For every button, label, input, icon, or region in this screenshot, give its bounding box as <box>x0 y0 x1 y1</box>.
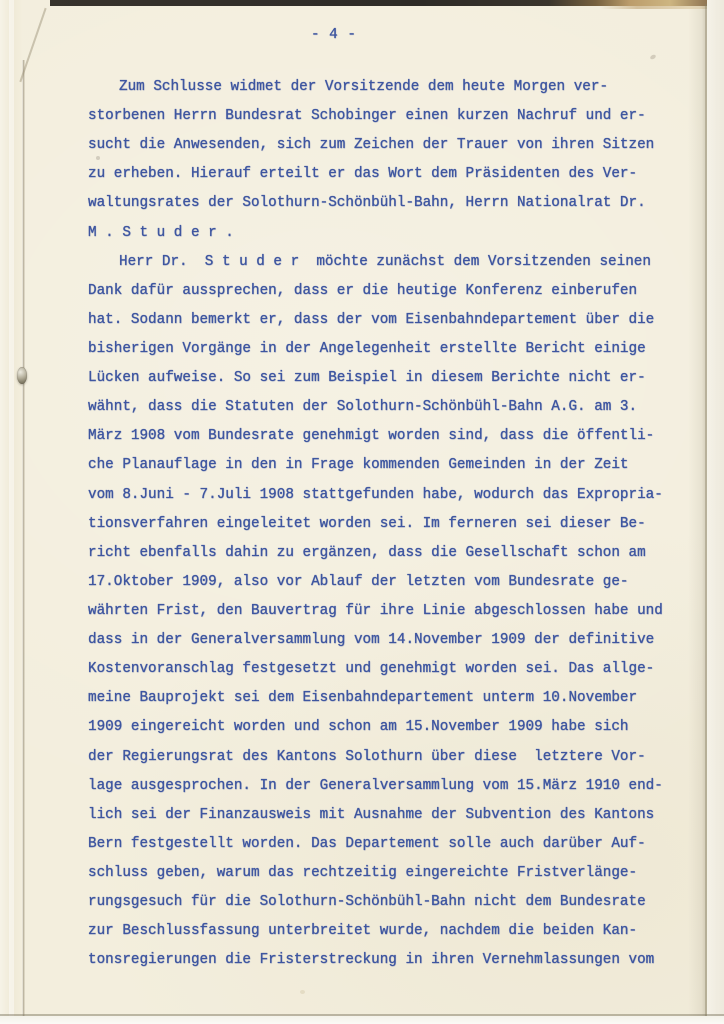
text-line: vom 8.Juni - 7.Juli 1908 stattgefunden h… <box>88 481 688 510</box>
right-page-edge-line <box>705 4 707 1018</box>
text-line: zu erheben. Hierauf erteilt er das Wort … <box>88 160 688 189</box>
left-fold-crease <box>22 60 25 1024</box>
text-line: Lücken aufweise. So sei zum Beispiel in … <box>88 364 688 393</box>
text-line: währten Frist, den Bauvertrag für ihre L… <box>88 597 688 626</box>
text-line: hat. Sodann bemerkt er, dass der vom Eis… <box>88 306 688 335</box>
text-line: 17.Oktober 1909, also vor Ablauf der let… <box>88 568 688 597</box>
text-line: lich sei der Finanzausweis mit Ausnahme … <box>88 801 688 830</box>
text-line: rungsgesuch für die Solothurn-Schönbühl-… <box>88 888 688 917</box>
text-line: zur Beschlussfassung unterbreitet wurde,… <box>88 917 688 946</box>
right-edge-shadow <box>688 6 705 1018</box>
text-line: Kostenvoranschlag festgesetzt und genehm… <box>88 655 688 684</box>
page-number: - 4 - <box>311 27 356 43</box>
text-line: meine Bauprojekt sei dem Eisenbahndepart… <box>88 684 688 713</box>
paper-speck <box>649 54 656 60</box>
text-line: tionsverfahren eingeleitet worden sei. I… <box>88 510 688 539</box>
text-line: 1909 eingereicht worden und schon am 15.… <box>88 713 688 742</box>
text-line: waltungsrates der Solothurn-Schönbühl-Ba… <box>88 189 688 218</box>
scanned-document-page: - 4 - Zum Schlusse widmet der Vorsitzend… <box>0 0 724 1024</box>
top-left-corner-fold <box>19 8 46 82</box>
text-line: che Planauflage in den in Frage kommende… <box>88 451 688 480</box>
text-line: M . S t u d e r . <box>88 219 688 248</box>
text-line: tonsregierungen die Fristerstreckung in … <box>88 946 688 975</box>
text-line: richt ebenfalls dahin zu ergänzen, dass … <box>88 539 688 568</box>
staple-icon <box>17 367 27 384</box>
text-line: März 1908 vom Bundesrate genehmigt worde… <box>88 422 688 451</box>
text-line: storbenen Herrn Bundesrat Schobinger ein… <box>88 102 688 131</box>
paper-speck <box>300 990 305 994</box>
typewritten-text-body: Zum Schlusse widmet der Vorsitzende dem … <box>88 73 688 975</box>
text-line: Zum Schlusse widmet der Vorsitzende dem … <box>88 73 688 102</box>
text-line: dass in der Generalversammlung vom 14.No… <box>88 626 688 655</box>
text-line: sucht die Anwesenden, sich zum Zeichen d… <box>88 131 688 160</box>
text-line: schluss geben, warum das rechtzeitig ein… <box>88 859 688 888</box>
bottom-page-under-edge <box>0 1016 724 1024</box>
text-line: der Regierungsrat des Kantons Solothurn … <box>88 743 688 772</box>
text-line: Bern festgestellt worden. Das Departemen… <box>88 830 688 859</box>
left-paper-highlight <box>9 0 14 1024</box>
text-line: bisherigen Vorgänge in der Angelegenheit… <box>88 335 688 364</box>
text-line: lage ausgesprochen. In der Generalversam… <box>88 772 688 801</box>
text-line: Herr Dr. S t u d e r möchte zunächst dem… <box>88 248 688 277</box>
text-line: wähnt, dass die Statuten der Solothurn-S… <box>88 393 688 422</box>
right-page-under-edge <box>707 0 724 1024</box>
text-line: Dank dafür aussprechen, dass er die heut… <box>88 277 688 306</box>
